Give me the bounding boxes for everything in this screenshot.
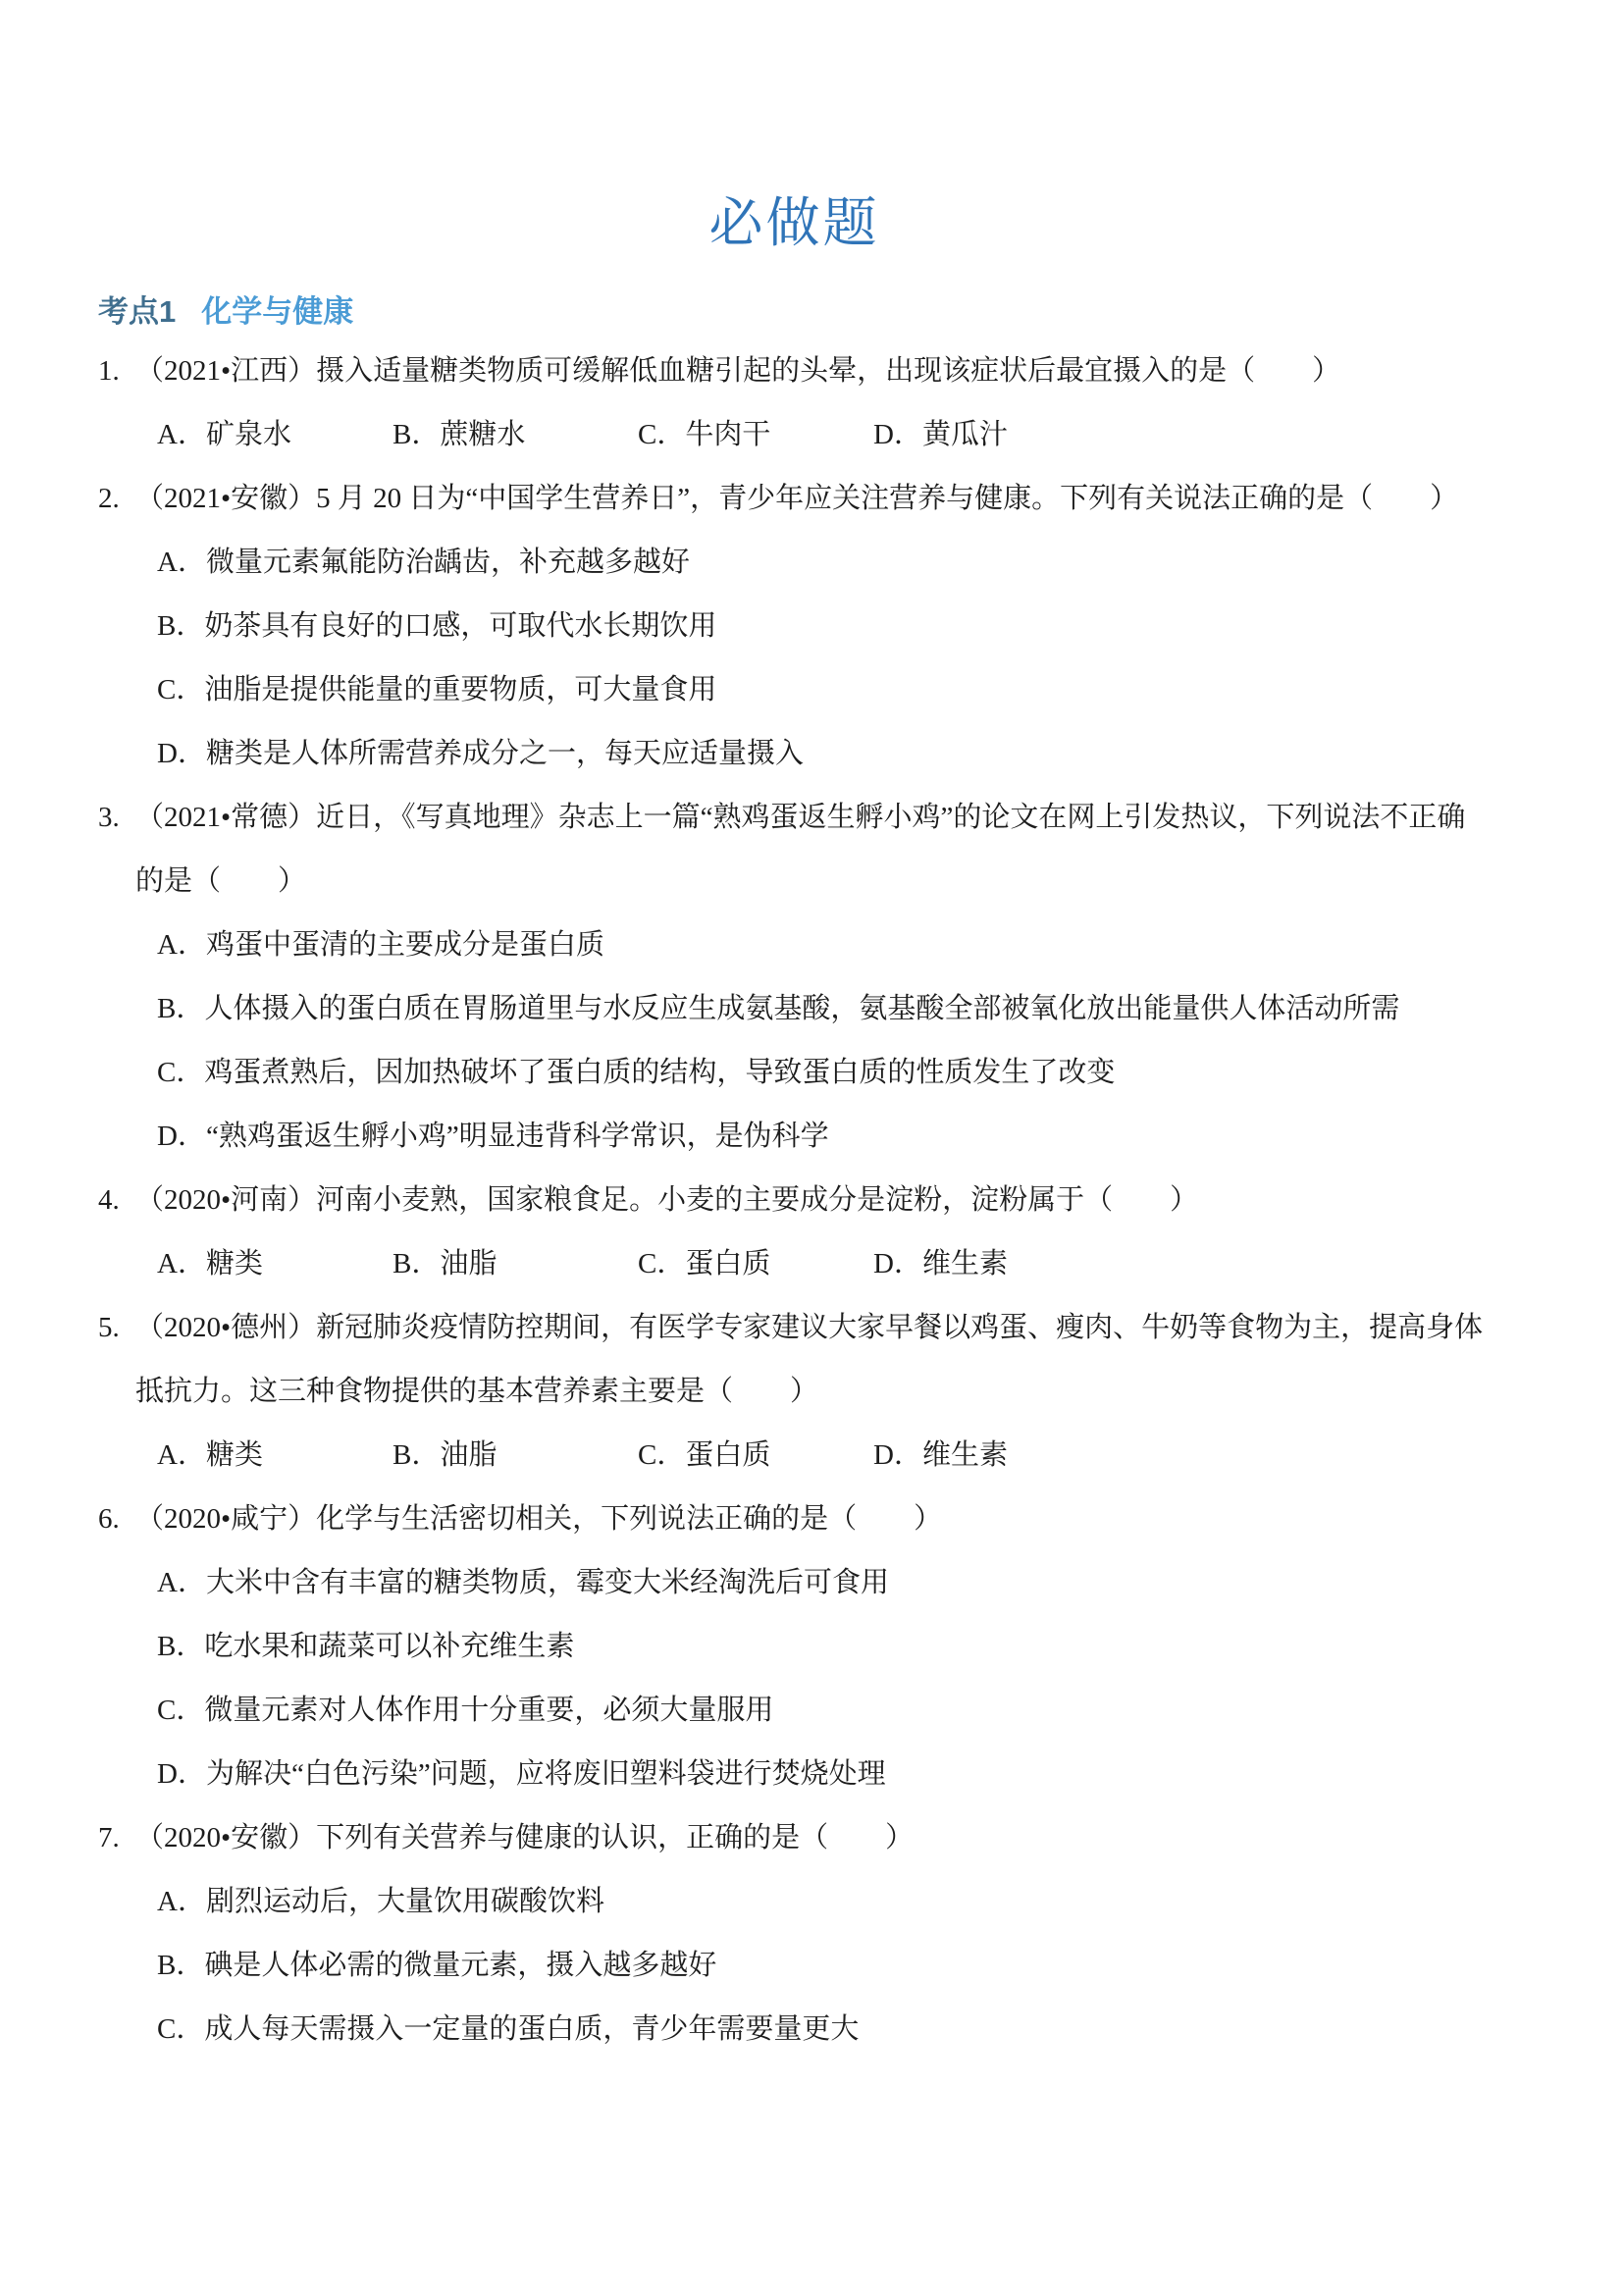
question-1-number: 1. [98,339,120,403]
section-heading: 考点1化学与健康 [98,290,1491,334]
question-2-number: 2. [98,467,120,531]
question-7: 7. （2020•安徽）下列有关营养与健康的认识，正确的是（ ） A．剧烈运动后… [98,1806,1491,2061]
question-5-option-a: A．糖类 [157,1424,393,1487]
question-1-stem: 1. （2021•江西）摄入适量糖类物质可缓解低血糖引起的头晕，出现该症状后最宜… [98,339,1491,403]
question-6-option-d: D．为解决“白色污染”问题，应将废旧塑料袋进行焚烧处理 [98,1743,1491,1806]
question-7-option-a: A．剧烈运动后，大量饮用碳酸饮料 [98,1870,1491,1934]
question-7-text: （2020•安徽）下列有关营养与健康的认识，正确的是（ ） [135,1822,914,1853]
question-2-option-d: D．糖类是人体所需营养成分之一，每天应适量摄入 [98,722,1491,786]
question-6-option-c: C．微量元素对人体作用十分重要，必须大量服用 [98,1679,1491,1743]
question-3-option-c: C．鸡蛋煮熟后，因加热破坏了蛋白质的结构，导致蛋白质的性质发生了改变 [98,1041,1491,1105]
question-5-number: 5. [98,1296,120,1360]
question-3-text: （2021•常德）近日，《写真地理》杂志上一篇“熟鸡蛋返生孵小鸡”的论文在网上引… [135,802,1465,897]
question-5-stem: 5. （2020•德州）新冠肺炎疫情防控期间，有医学专家建议大家早餐以鸡蛋、瘦肉… [98,1296,1491,1424]
question-3-option-d: D．“熟鸡蛋返生孵小鸡”明显违背科学常识，是伪科学 [98,1105,1491,1169]
question-4-option-a: A．糖类 [157,1232,393,1296]
question-7-option-b: B．碘是人体必需的微量元素，摄入越多越好 [98,1934,1491,1998]
question-1-text: （2021•江西）摄入适量糖类物质可缓解低血糖引起的头晕，出现该症状后最宜摄入的… [135,355,1340,387]
question-4-option-c: C．蛋白质 [638,1232,873,1296]
section-label: 考点1 [98,294,176,329]
question-6-option-a: A．大米中含有丰富的糖类物质，霉变大米经淘洗后可食用 [98,1551,1491,1615]
section-title: 化学与健康 [201,294,353,329]
question-4-text: （2020•河南）河南小麦熟，国家粮食足。小麦的主要成分是淀粉，淀粉属于（ ） [135,1184,1198,1216]
question-3-option-a: A．鸡蛋中蛋清的主要成分是蛋白质 [98,913,1491,977]
question-7-option-c: C．成人每天需摄入一定量的蛋白质，青少年需要量更大 [98,1998,1491,2061]
question-1-options: A．矿泉水 B．蔗糖水 C．牛肉干 D．黄瓜汁 [98,403,1491,467]
question-4: 4. （2020•河南）河南小麦熟，国家粮食足。小麦的主要成分是淀粉，淀粉属于（… [98,1169,1491,1296]
question-6-text: （2020•咸宁）化学与生活密切相关，下列说法正确的是（ ） [135,1503,942,1535]
question-6-number: 6. [98,1487,120,1551]
question-1-option-d: D．黄瓜汁 [873,403,1491,467]
question-7-stem: 7. （2020•安徽）下列有关营养与健康的认识，正确的是（ ） [98,1806,1491,1870]
page-title: 必做题 [98,186,1491,261]
question-3: 3. （2021•常德）近日，《写真地理》杂志上一篇“熟鸡蛋返生孵小鸡”的论文在… [98,786,1491,1169]
question-1-option-b: B．蔗糖水 [393,403,638,467]
question-5-text: （2020•德州）新冠肺炎疫情防控期间，有医学专家建议大家早餐以鸡蛋、瘦肉、牛奶… [135,1312,1483,1407]
question-2-option-a: A．微量元素氟能防治龋齿，补充越多越好 [98,531,1491,595]
question-6-option-b: B．吃水果和蔬菜可以补充维生素 [98,1615,1491,1679]
document-page: 必做题 考点1化学与健康 1. （2021•江西）摄入适量糖类物质可缓解低血糖引… [0,0,1623,2296]
question-4-option-d: D．维生素 [873,1232,1491,1296]
question-1-option-a: A．矿泉水 [157,403,393,467]
question-2-stem: 2. （2021•安徽）5 月 20 日为“中国学生营养日”，青少年应关注营养与… [98,467,1491,531]
page-content: 必做题 考点1化学与健康 1. （2021•江西）摄入适量糖类物质可缓解低血糖引… [0,186,1623,2061]
question-6-stem: 6. （2020•咸宁）化学与生活密切相关，下列说法正确的是（ ） [98,1487,1491,1551]
question-1-option-c: C．牛肉干 [638,403,873,467]
question-7-number: 7. [98,1806,120,1870]
question-2-text: （2021•安徽）5 月 20 日为“中国学生营养日”，青少年应关注营养与健康。… [135,483,1458,514]
question-4-options: A．糖类 B．油脂 C．蛋白质 D．维生素 [98,1232,1491,1296]
question-2: 2. （2021•安徽）5 月 20 日为“中国学生营养日”，青少年应关注营养与… [98,467,1491,786]
question-5-option-d: D．维生素 [873,1424,1491,1487]
question-6: 6. （2020•咸宁）化学与生活密切相关，下列说法正确的是（ ） A．大米中含… [98,1487,1491,1806]
question-1: 1. （2021•江西）摄入适量糖类物质可缓解低血糖引起的头晕，出现该症状后最宜… [98,339,1491,467]
question-4-option-b: B．油脂 [393,1232,638,1296]
question-list: 1. （2021•江西）摄入适量糖类物质可缓解低血糖引起的头晕，出现该症状后最宜… [98,339,1491,2061]
question-5: 5. （2020•德州）新冠肺炎疫情防控期间，有医学专家建议大家早餐以鸡蛋、瘦肉… [98,1296,1491,1487]
question-4-number: 4. [98,1169,120,1232]
question-4-stem: 4. （2020•河南）河南小麦熟，国家粮食足。小麦的主要成分是淀粉，淀粉属于（… [98,1169,1491,1232]
question-3-number: 3. [98,786,120,850]
question-3-option-b: B．人体摄入的蛋白质在胃肠道里与水反应生成氨基酸，氨基酸全部被氧化放出能量供人体… [98,977,1491,1041]
question-5-option-b: B．油脂 [393,1424,638,1487]
question-5-options: A．糖类 B．油脂 C．蛋白质 D．维生素 [98,1424,1491,1487]
question-3-stem: 3. （2021•常德）近日，《写真地理》杂志上一篇“熟鸡蛋返生孵小鸡”的论文在… [98,786,1491,913]
question-2-option-c: C．油脂是提供能量的重要物质，可大量食用 [98,658,1491,722]
question-5-option-c: C．蛋白质 [638,1424,873,1487]
question-2-option-b: B．奶茶具有良好的口感，可取代水长期饮用 [98,595,1491,658]
